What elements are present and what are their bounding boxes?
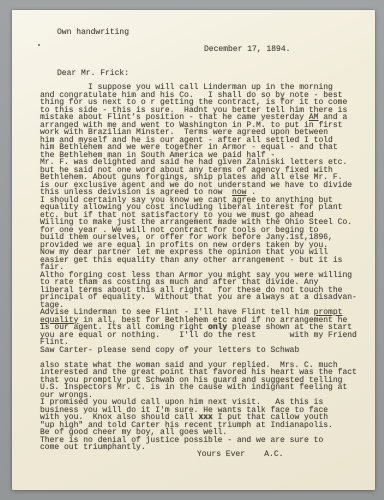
letter-body: I suppose you will call Linderman up in … [40,84,371,452]
photo-background: Own handwriting December 17, 1894. Dear … [0,0,384,500]
letter-text-segment: Saw Carter- please send copy of your let… [40,346,299,355]
letter-line: easier get this equality than any other … [40,257,371,265]
letter-date: December 17, 1894. [204,46,290,54]
signature-line: Yours Ever A.C. [197,451,283,459]
letter-text-segment: easier get this equality than any other … [40,256,342,265]
letter-line: principal of equality. Without that you … [40,294,371,302]
letter-line: Saw Carter- please send copy of your let… [40,347,371,355]
letter-text-segment: principal of equality. Without that you … [40,293,357,302]
ink-speck [38,44,40,46]
letter-text-segment: come out triumphantly. [40,443,146,452]
letter-text-segment: you are equal or nothing. I'll do the re… [40,331,357,340]
letter-line: you are equal or nothing. I'll do the re… [40,332,371,340]
letter-paper: Own handwriting December 17, 1894. Dear … [12,10,375,490]
salutation: Dear Mr. Frick: [57,70,129,78]
annotation-own-handwriting: Own handwriting [57,29,129,37]
